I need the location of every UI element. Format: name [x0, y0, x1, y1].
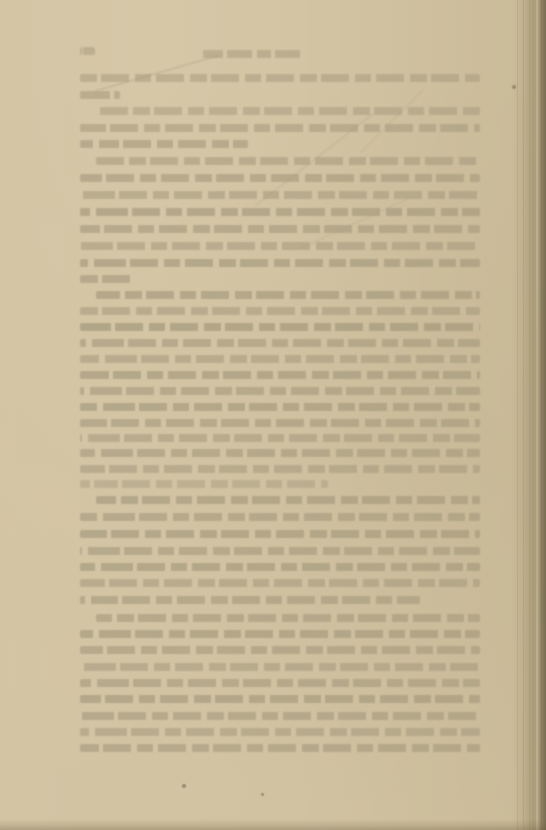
- faded-text-line: [80, 630, 480, 638]
- faded-text-line: [80, 355, 480, 363]
- faded-text-line: [80, 225, 480, 233]
- faded-text-line: [96, 291, 480, 299]
- faded-text-line: [80, 191, 480, 199]
- faded-text-line: [80, 419, 480, 427]
- faded-text-line: [80, 646, 480, 654]
- scanned-page: [0, 0, 546, 830]
- faded-text-line: [80, 480, 328, 488]
- faded-text-line: [80, 124, 480, 132]
- faded-text-line: [80, 339, 480, 347]
- scratch-mark: [359, 89, 424, 154]
- faded-text-line: [96, 107, 480, 115]
- faded-text-line: [80, 712, 480, 720]
- faded-text-line: [80, 728, 480, 736]
- faded-text-line: [80, 242, 480, 250]
- faded-text-line: [80, 275, 136, 283]
- dust-speck: [182, 784, 186, 788]
- faded-text-line: [96, 496, 480, 504]
- faded-text-line: [80, 513, 480, 521]
- faded-text-line: [80, 174, 480, 182]
- dust-speck: [261, 793, 264, 796]
- faded-text-line: [80, 403, 480, 411]
- page-edge-shadow: [512, 0, 546, 830]
- faded-text-line: [80, 259, 480, 267]
- faded-text-line: [80, 695, 480, 703]
- faded-text-line: [80, 547, 480, 555]
- faded-text-line: [80, 140, 248, 148]
- faded-text-line: [80, 679, 480, 687]
- faded-text-line: [80, 663, 480, 671]
- faded-text-line: [96, 614, 480, 622]
- faded-text-line: [80, 371, 480, 379]
- faded-text-line: [80, 323, 480, 331]
- page-number-mark: [80, 47, 95, 55]
- faded-text-line: [80, 307, 480, 315]
- faded-text-line: [80, 579, 480, 587]
- bottom-edge-shadow: [0, 819, 546, 830]
- faded-text-line: [96, 157, 480, 165]
- faded-text-line: [80, 465, 480, 473]
- faded-text-line: [80, 563, 480, 571]
- faded-text-line: [80, 744, 480, 752]
- faded-text-line: [80, 91, 120, 99]
- faded-text-line: [80, 208, 480, 216]
- faded-text-line: [80, 449, 480, 457]
- faded-text-line: [80, 596, 420, 604]
- faded-text-line: [80, 530, 480, 538]
- faded-text-line: [80, 434, 480, 442]
- faded-text-line: [80, 387, 480, 395]
